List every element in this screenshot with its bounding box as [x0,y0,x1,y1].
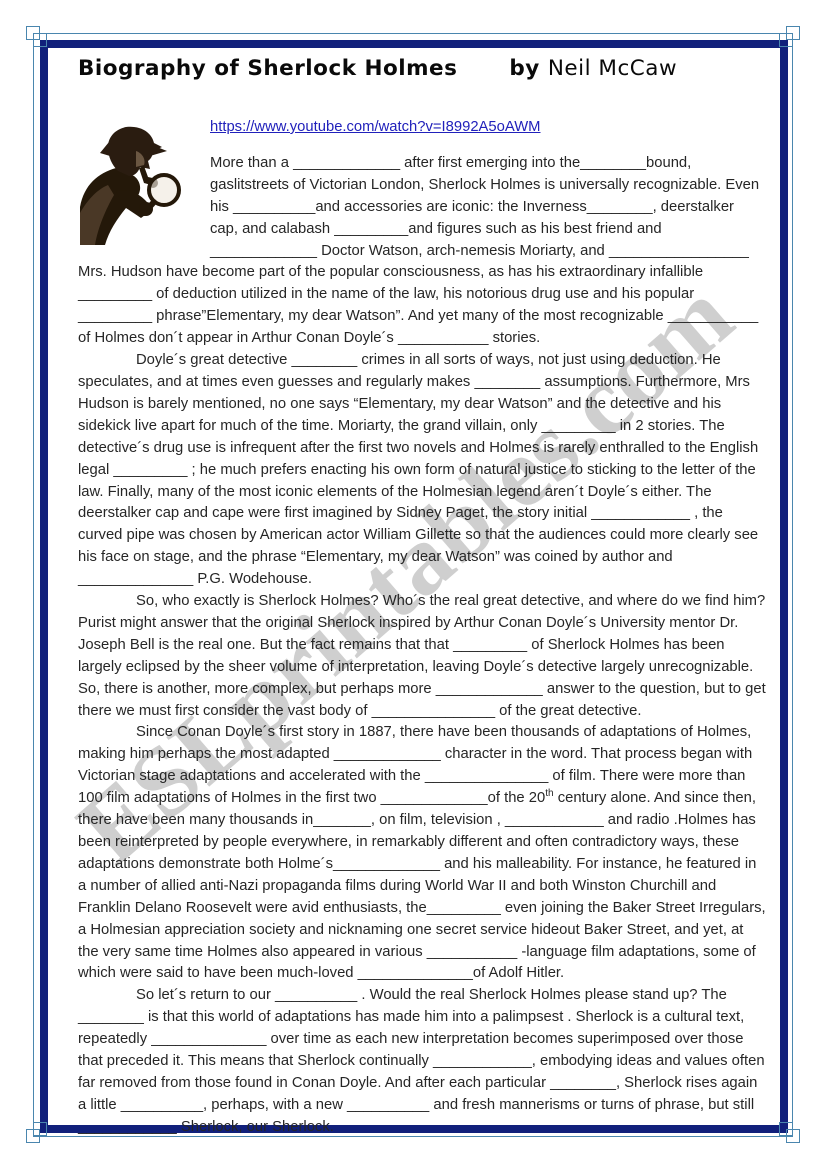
border-corner-ornament [33,1122,47,1136]
paragraph-2: Doyle´s great detective ________ crimes … [78,350,766,591]
worksheet-body: Biography of Sherlock Holmes by Neil McC… [78,56,766,1139]
border-corner-ornament [779,33,793,47]
paragraph-5: So let´s return to our __________ . Woul… [78,985,766,1138]
author-name: Neil McCaw [548,56,677,81]
title-text: Biography of Sherlock Holmes [78,56,457,81]
title-byline: by Neil McCaw [509,56,677,81]
paragraph-3: So, who exactly is Sherlock Holmes? Who´… [78,591,766,722]
paragraph-4-text-continued: century alone. And since then, there hav… [78,790,766,981]
youtube-link[interactable]: https://www.youtube.com/watch?v=I8992A5o… [210,119,541,135]
border-corner-ornament [779,1122,793,1136]
ordinal-superscript: th [545,788,553,799]
paragraph-4: Since Conan Doyle´s first story in 1887,… [78,722,766,985]
sherlock-holmes-image [78,121,188,245]
worksheet-article: https://www.youtube.com/watch?v=I8992A5o… [78,117,766,1139]
page-title: Biography of Sherlock Holmes by Neil McC… [78,56,766,81]
worksheet-page: ESLprintables.com Biography of Sherlock … [0,0,826,1169]
border-corner-ornament [33,33,47,47]
by-label: by [509,56,539,81]
